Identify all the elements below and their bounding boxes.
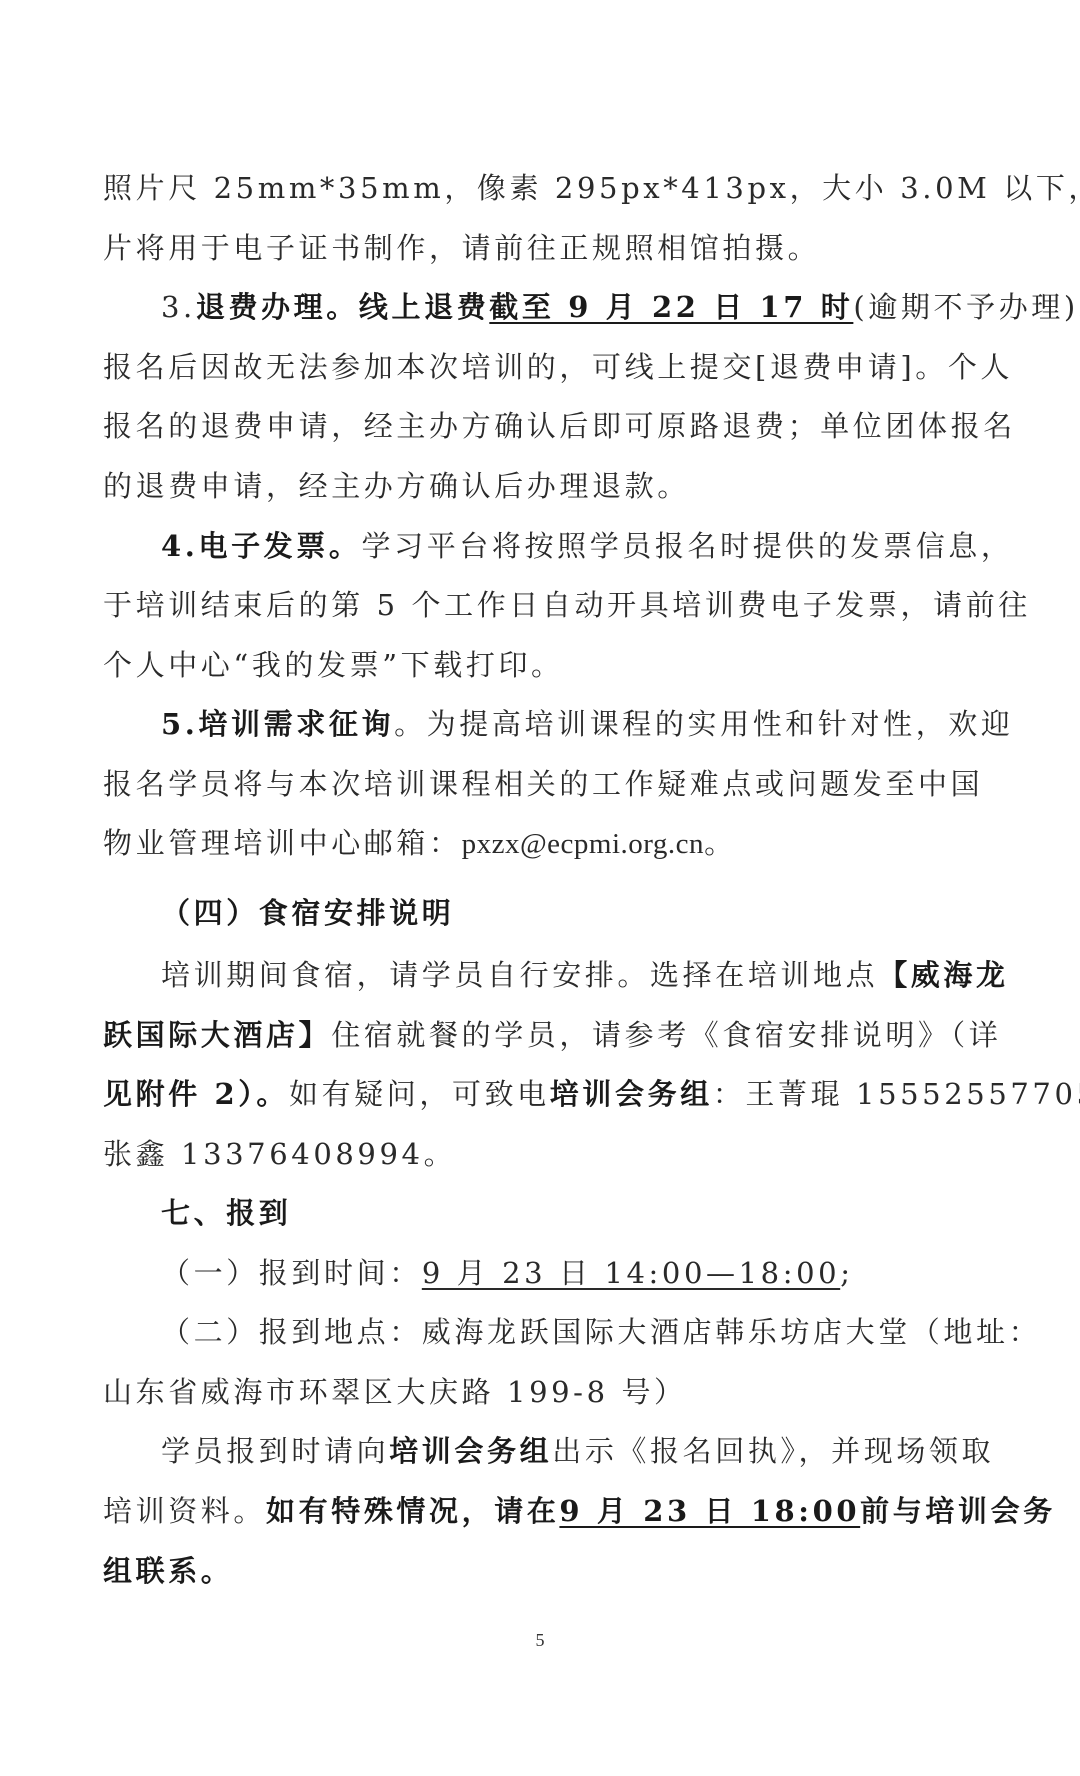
lodging-text: 如有疑问，可致电 bbox=[289, 1077, 550, 1111]
lodging-text: 培训期间食宿，请学员自行安排。选择在培训地点 bbox=[161, 958, 878, 992]
refund-title: 退费办理。 bbox=[196, 290, 359, 324]
checkin-time-line: （一）报到时间：9 月 23 日 14:00—18:00; bbox=[103, 1253, 977, 1293]
hotel-name-cont: 跃国际大酒店】 bbox=[103, 1018, 331, 1052]
checkin-time-label: （一）报到时间： bbox=[161, 1256, 422, 1290]
survey-text: 。为提高培训课程的实用性和针对性，欢迎 bbox=[394, 707, 1013, 741]
punctuation: 。 bbox=[704, 826, 737, 860]
special-case-note: 如有特殊情况，请在 bbox=[266, 1494, 559, 1528]
email-address: pxzx@ecpmi.org.cn bbox=[462, 828, 704, 860]
section-heading-checkin: 七、报到 bbox=[103, 1193, 977, 1233]
text-line: 物业管理培训中心邮箱：pxzx@ecpmi.org.cn。 bbox=[103, 823, 977, 863]
text-line: 组联系。 bbox=[103, 1551, 977, 1591]
refund-deadline: 截至 9 月 22 日 17 时 bbox=[489, 290, 853, 324]
punctuation: ; bbox=[840, 1256, 853, 1290]
refund-paragraph-heading: 3.退费办理。线上退费截至 9 月 22 日 17 时(逾期不予办理)。 bbox=[103, 287, 977, 327]
item-number: 5. bbox=[161, 707, 198, 741]
text-line: 报名后因故无法参加本次培训的，可线上提交[退费申请]。个人 bbox=[103, 347, 977, 387]
checkin-note: 出示《报名回执》，并现场领取 bbox=[552, 1434, 994, 1468]
email-label: 物业管理培训中心邮箱： bbox=[103, 826, 462, 860]
text-line: 报名学员将与本次培训课程相关的工作疑难点或问题发至中国 bbox=[103, 764, 977, 804]
contact-group: 培训会务组 bbox=[550, 1077, 713, 1111]
text-line: 学员报到时请向培训会务组出示《报名回执》，并现场领取 bbox=[103, 1431, 977, 1471]
survey-paragraph-heading: 5.培训需求征询。为提高培训课程的实用性和针对性，欢迎 bbox=[103, 704, 977, 744]
item-number: 4. bbox=[161, 529, 198, 563]
refund-note: (逾期不予办理)。 bbox=[853, 290, 1080, 324]
invoice-paragraph-heading: 4.电子发票。学习平台将按照学员报名时提供的发票信息， bbox=[103, 526, 977, 566]
invoice-text: 学习平台将按照学员报名时提供的发票信息， bbox=[362, 529, 1014, 563]
page-number: 5 bbox=[0, 1630, 1080, 1651]
section-heading-lodging: （四）食宿安排说明 bbox=[103, 893, 977, 933]
invoice-title: 电子发票。 bbox=[198, 529, 361, 563]
text-line: 培训资料。如有特殊情况，请在9 月 23 日 18:00前与培训会务 bbox=[103, 1491, 977, 1531]
text-line: 培训期间食宿，请学员自行安排。选择在培训地点【威海龙 bbox=[103, 955, 977, 995]
hotel-name: 【威海龙 bbox=[878, 958, 1008, 992]
text-line: 见附件 2）。如有疑问，可致电培训会务组：王菁琨 15552557705、 bbox=[103, 1074, 977, 1114]
checkin-place-line: （二）报到地点：威海龙跃国际大酒店韩乐坊店大堂（地址： bbox=[103, 1312, 977, 1352]
text-line: 照片尺 25mm*35mm，像素 295px*413px，大小 3.0M 以下，… bbox=[103, 168, 977, 208]
survey-title: 培训需求征询 bbox=[198, 707, 394, 741]
special-case-deadline: 9 月 23 日 18:00 bbox=[559, 1494, 860, 1528]
contact-group: 培训会务组 bbox=[389, 1434, 552, 1468]
text-line: 报名的退费申请，经主办方确认后即可原路退费；单位团体报名 bbox=[103, 406, 977, 446]
checkin-note: 学员报到时请向 bbox=[161, 1434, 389, 1468]
refund-bold-text: 线上退费 bbox=[359, 290, 489, 324]
attachment-ref: 见附件 2）。 bbox=[103, 1077, 289, 1111]
text-line: 的退费申请，经主办方确认后办理退款。 bbox=[103, 466, 977, 506]
lodging-text: 住宿就餐的学员，请参考《食宿安排说明》（详 bbox=[331, 1018, 1001, 1052]
text-line: 片将用于电子证书制作，请前往正规照相馆拍摄。 bbox=[103, 228, 977, 268]
item-number: 3. bbox=[161, 290, 196, 324]
text-line: 于培训结束后的第 5 个工作日自动开具培训费电子发票，请前往 bbox=[103, 585, 977, 625]
checkin-note: 培训资料。 bbox=[103, 1494, 266, 1528]
checkin-address-line: 山东省威海市环翠区大庆路 199-8 号） bbox=[103, 1372, 977, 1412]
checkin-time-value: 9 月 23 日 14:00—18:00 bbox=[422, 1256, 840, 1290]
text-line: 跃国际大酒店】住宿就餐的学员，请参考《食宿安排说明》（详 bbox=[103, 1015, 977, 1055]
contact-phone: ：王菁琨 15552557705、 bbox=[713, 1077, 1080, 1111]
text-line: 个人中心“我的发票”下载打印。 bbox=[103, 645, 977, 685]
text-line: 张鑫 13376408994。 bbox=[103, 1134, 977, 1174]
document-page: 照片尺 25mm*35mm，像素 295px*413px，大小 3.0M 以下，… bbox=[0, 0, 1080, 1776]
special-case-note: 前与培训会务 bbox=[860, 1494, 1056, 1528]
